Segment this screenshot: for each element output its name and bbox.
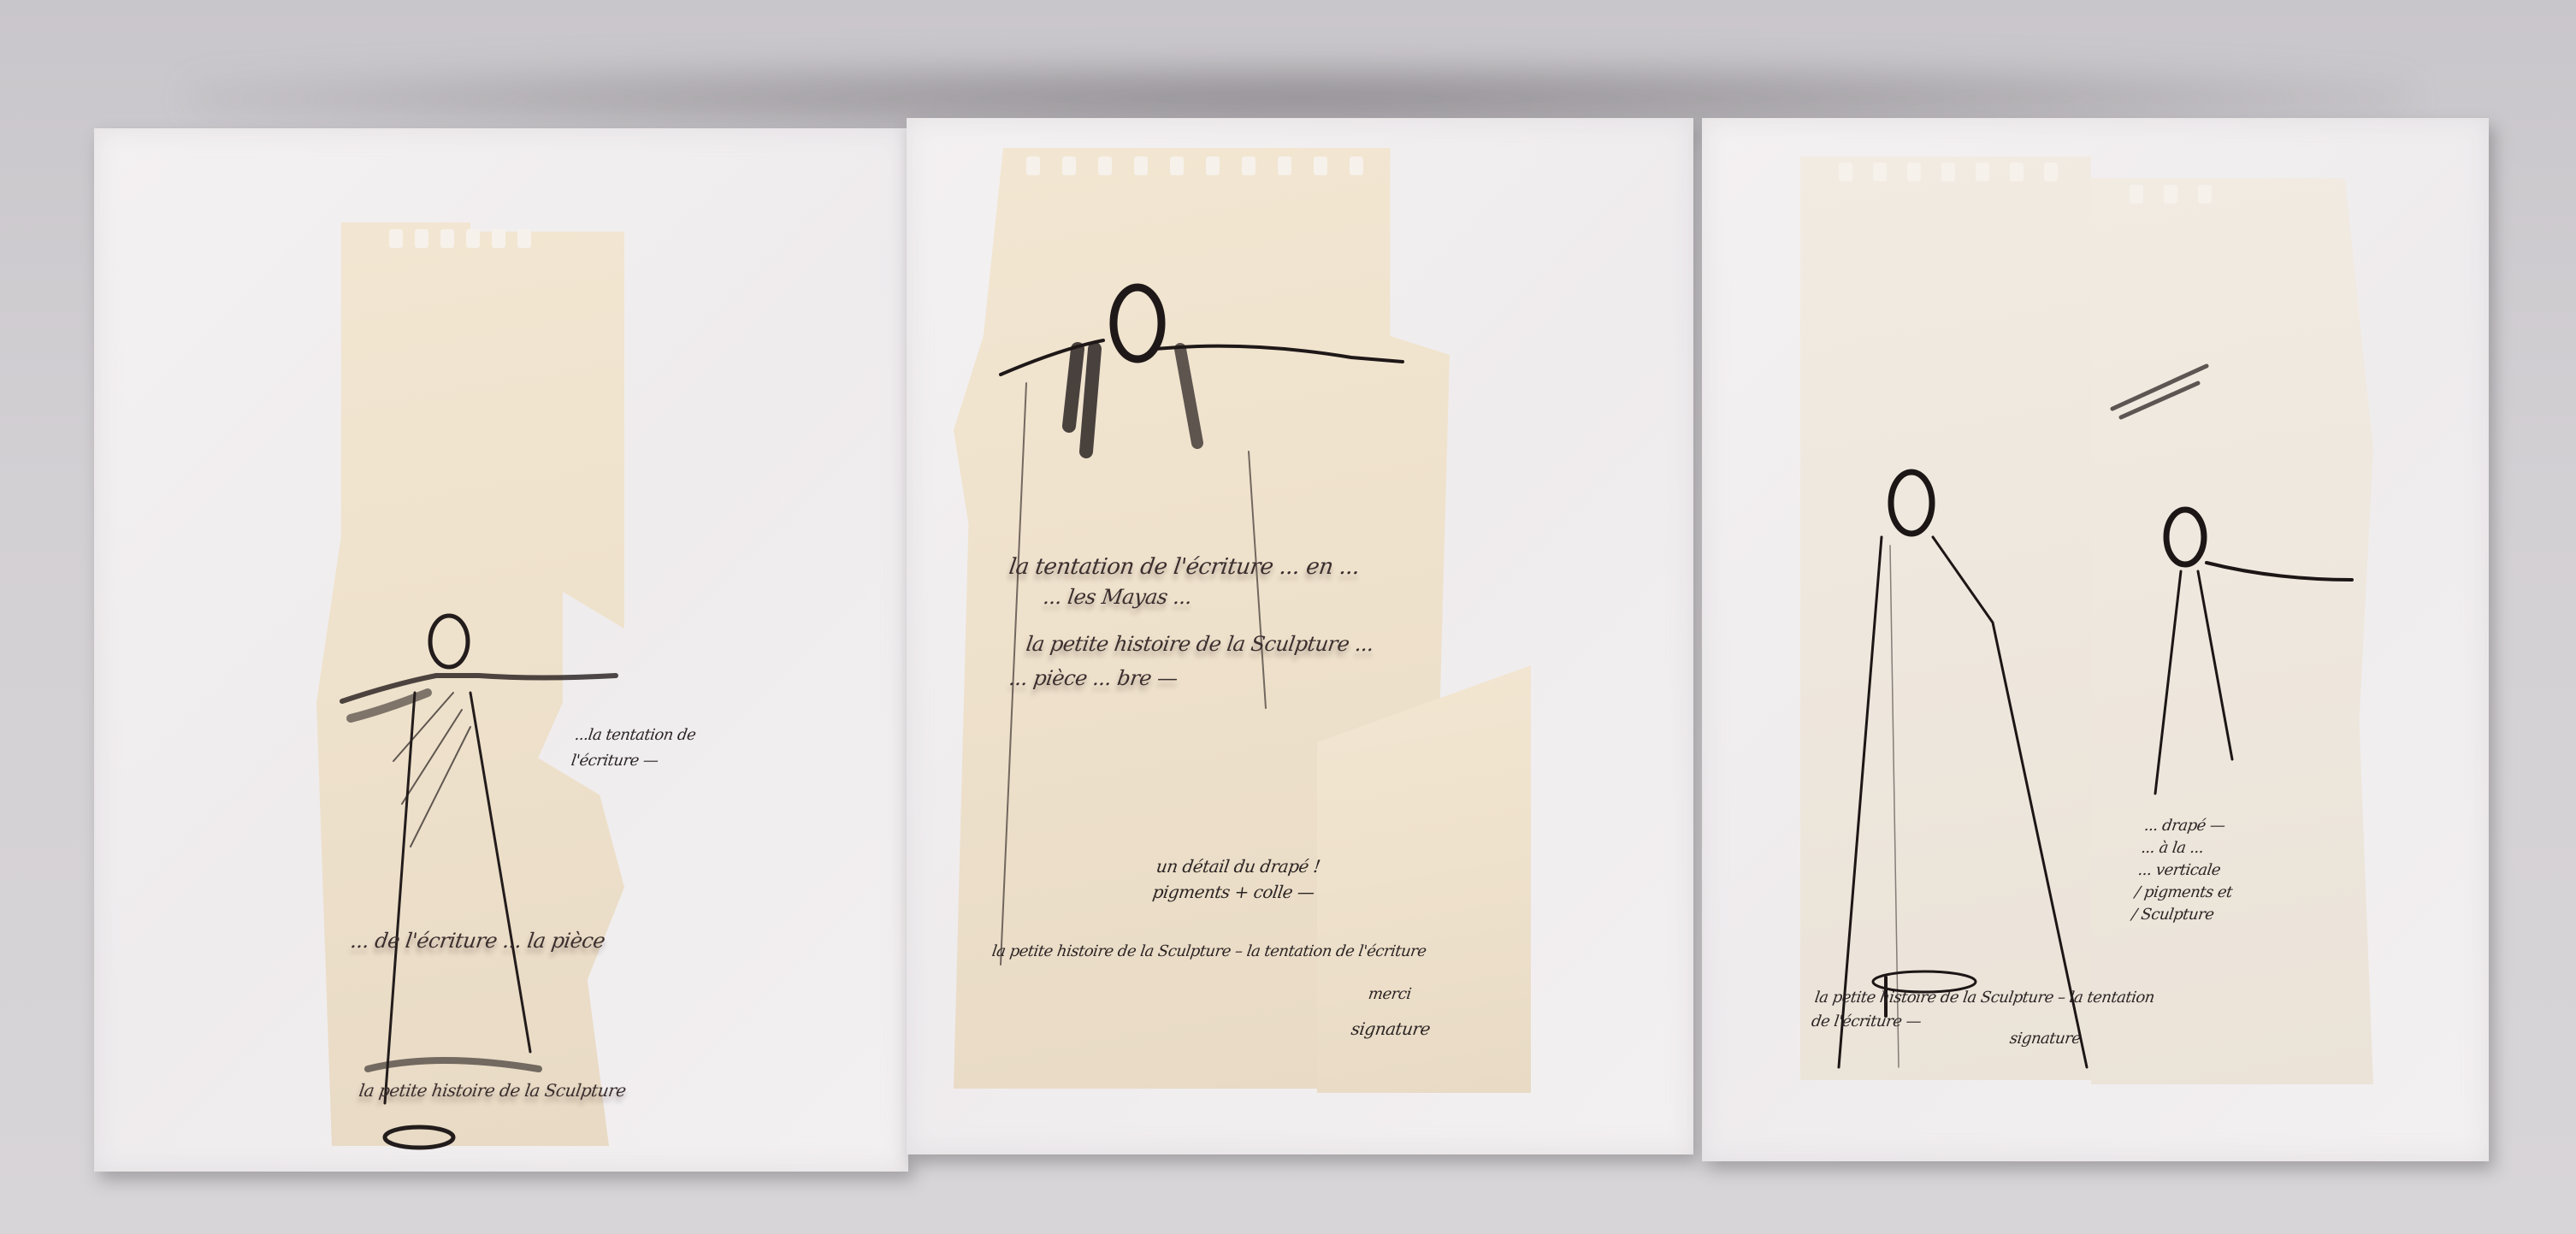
- handwritten-note: ... pièce ... bre —: [1007, 665, 1490, 691]
- handwritten-note: ... les Mayas ...: [1042, 584, 1302, 610]
- signature: signature: [2008, 1026, 2140, 1052]
- canvas-left: ...la tentation de l'écriture — ... de l…: [94, 128, 908, 1172]
- handwritten-note: la petite histoire de la Sculpture – la …: [990, 939, 1610, 965]
- handwritten-note: la petite histoire de la Sculpture: [357, 1078, 686, 1103]
- handwritten-note: ...la tentation de l'écriture —: [570, 723, 765, 774]
- handwritten-note: ... de l'écriture ... la pièce: [349, 928, 626, 954]
- handwritten-note: ... drapé — ... à la ... ... verticale /…: [2130, 815, 2368, 926]
- signature: signature: [1350, 1016, 1507, 1042]
- handwritten-note: la tentation de l'écriture ... en ...: [1007, 554, 1524, 580]
- handwritten-note: un détail du drapé ! pigments + colle —: [1151, 853, 1380, 905]
- handwritten-note: merci: [1367, 982, 1439, 1007]
- canvas-middle: la tentation de l'écriture ... en ... ..…: [907, 118, 1693, 1154]
- canvas-right: ... drapé — ... à la ... ... verticale /…: [1702, 118, 2489, 1161]
- handwritten-note: la petite histoire de la Sculpture ...: [1025, 631, 1507, 657]
- figure-drawing-right: [2104, 315, 2360, 828]
